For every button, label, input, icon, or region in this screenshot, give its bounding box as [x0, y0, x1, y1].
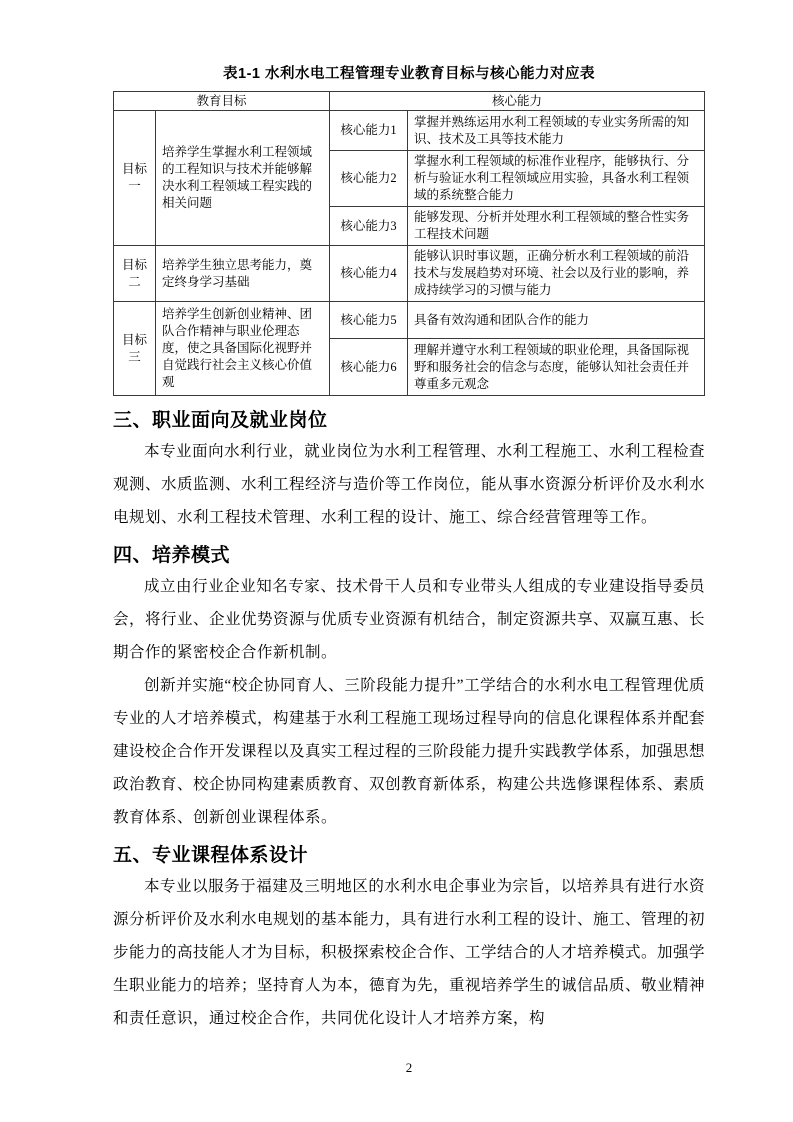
table-row: 目标一 培养学生掌握水利工程领域的工程知识与技术并能够解决水利工程领域工程实践的…	[114, 111, 705, 151]
goal-3-label: 目标三	[114, 302, 156, 396]
ability-6-description: 理解并遵守水利工程领域的职业伦理，具备国际视野和服务社会的信念与态度，能够认知社…	[408, 339, 705, 396]
section-heading-3: 三、职业面向及就业岗位	[113, 408, 705, 433]
ability-3-description: 能够发现、分析并处理水利工程领域的整合性实务工程技术问题	[408, 207, 705, 246]
ability-3-label: 核心能力3	[330, 207, 408, 246]
ability-1-description: 掌握并熟练运用水利工程领域的专业实务所需的知识、技术及工具等技术能力	[408, 111, 705, 151]
table-caption: 表1-1 水利水电工程管理专业教育目标与核心能力对应表	[113, 64, 705, 84]
table-row: 目标三 培养学生创新创业精神、团队合作精神与职业伦理态度，使之具备国际化视野并自…	[114, 302, 705, 339]
table-header-row: 教育目标 核心能力	[114, 92, 705, 111]
ability-5-label: 核心能力5	[330, 302, 408, 339]
section-training-mode: 四、培养模式 成立由行业企业知名专家、技术骨干人员和专业带头人组成的专业建设指导…	[113, 543, 705, 834]
section-5-paragraph: 本专业以服务于福建及三明地区的水利水电企事业为宗旨，以培养具有进行水资源分析评价…	[113, 870, 705, 1035]
goal-2-description: 培养学生独立思考能力，奠定终身学习基础	[156, 246, 330, 302]
section-4-paragraph-1: 成立由行业企业知名专家、技术骨干人员和专业带头人组成的专业建设指导委员会，将行业…	[113, 570, 705, 669]
ability-6-label: 核心能力6	[330, 339, 408, 396]
table-row: 目标二 培养学生独立思考能力，奠定终身学习基础 核心能力4 能够认识时事议题，正…	[114, 246, 705, 302]
goal-2-label: 目标二	[114, 246, 156, 302]
ability-5-description: 具备有效沟通和团队合作的能力	[408, 302, 705, 339]
goal-1-label: 目标一	[114, 111, 156, 246]
ability-4-description: 能够认识时事议题，正确分析水利工程领域的前沿技术与发展趋势对环境、社会以及行业的…	[408, 246, 705, 302]
ability-4-label: 核心能力4	[330, 246, 408, 302]
section-careers: 三、职业面向及就业岗位 本专业面向水利行业，就业岗位为水利工程管理、水利工程施工…	[113, 408, 705, 534]
section-3-paragraph: 本专业面向水利行业，就业岗位为水利工程管理、水利工程施工、水利工程检查观测、水质…	[113, 435, 705, 534]
header-core-abilities: 核心能力	[330, 92, 705, 111]
page-number: 2	[113, 1060, 705, 1076]
section-curriculum-design: 五、专业课程体系设计 本专业以服务于福建及三明地区的水利水电企事业为宗旨，以培养…	[113, 843, 705, 1035]
section-4-paragraph-2: 创新并实施“校企协同育人、三阶段能力提升”工学结合的水利水电工程管理优质专业的人…	[113, 669, 705, 834]
section-heading-4: 四、培养模式	[113, 543, 705, 568]
header-education-goals: 教育目标	[114, 92, 330, 111]
goal-1-description: 培养学生掌握水利工程领域的工程知识与技术并能够解决水利工程领域工程实践的相关问题	[156, 111, 330, 246]
ability-2-description: 掌握水利工程领域的标准作业程序，能够执行、分析与验证水利工程领域应用实验，具备水…	[408, 151, 705, 207]
education-goals-table: 教育目标 核心能力 目标一 培养学生掌握水利工程领域的工程知识与技术并能够解决水…	[113, 91, 705, 396]
ability-1-label: 核心能力1	[330, 111, 408, 151]
goal-3-description: 培养学生创新创业精神、团队合作精神与职业伦理态度，使之具备国际化视野并自觉践行社…	[156, 302, 330, 396]
document-page: 表1-1 水利水电工程管理专业教育目标与核心能力对应表 教育目标 核心能力 目标…	[0, 0, 793, 1122]
ability-2-label: 核心能力2	[330, 151, 408, 207]
section-heading-5: 五、专业课程体系设计	[113, 843, 705, 868]
